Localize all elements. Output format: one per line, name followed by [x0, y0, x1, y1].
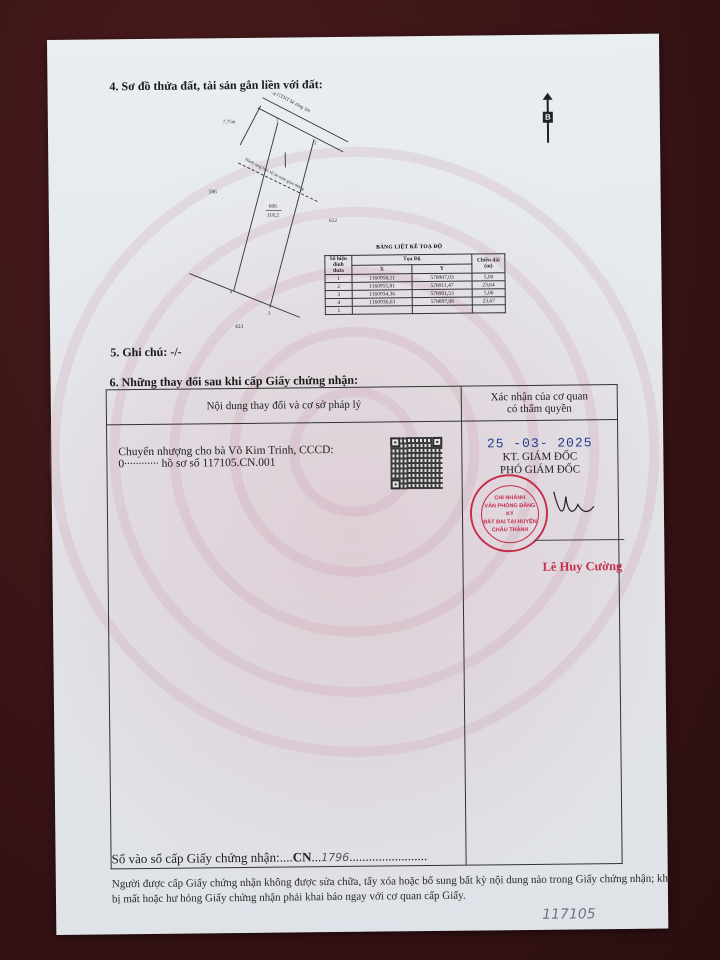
- handwritten-note: 117105: [542, 906, 596, 923]
- svg-text:118,2: 118,2: [267, 213, 279, 219]
- svg-text:7,75m: 7,75m: [223, 120, 236, 125]
- signature-mark: [552, 486, 612, 522]
- col-header-confirm: Xác nhận của cơ quan có thẩm quyền: [461, 385, 617, 422]
- col-header-content: Nội dung thay đổi và cơ sở pháp lý: [106, 386, 461, 425]
- certificate-page: 4. Sơ đồ thửa đất, tài sản gắn liền với …: [47, 34, 668, 935]
- coords-table-title: BẢNG LIỆT KÊ TOẠ ĐỘ: [349, 244, 469, 251]
- svg-text:Đường GTNT bê tông 3m: Đường GTNT bê tông 3m: [262, 92, 311, 115]
- svg-text:3: 3: [268, 312, 271, 317]
- north-arrow-icon: B: [543, 93, 554, 143]
- change-entry: Chuyển nhượng cho bà Võ Kim Trinh, CCCD:…: [108, 423, 460, 471]
- changes-table: Nội dung thay đổi và cơ sở pháp lý Xác n…: [106, 384, 623, 869]
- coords-table: Số hiệu đỉnh thửa Tọa Độ Chiều dài (m) X…: [324, 253, 506, 315]
- svg-text:586: 586: [209, 189, 218, 195]
- signer-name: Lê Huy Cường: [542, 559, 622, 575]
- svg-text:Hành lang bảo vệ an toàn giao: Hành lang bảo vệ an toàn giao thông: [244, 157, 306, 192]
- qr-code[interactable]: [390, 437, 443, 490]
- svg-text:1: 1: [276, 119, 279, 124]
- authority-confirmation: 25 -03- 2025 KT. GIÁM ĐỐC PHÓ GIÁM ĐỐC C…: [463, 421, 617, 478]
- notice-text: Người được cấp Giấy chứng nhận không đượ…: [112, 872, 672, 908]
- coords-row: 1: [325, 305, 505, 315]
- section-5-note: 5. Ghi chú: -/-: [110, 345, 181, 361]
- date-stamp: 25 -03- 2025: [463, 421, 616, 452]
- svg-text:612: 612: [329, 218, 338, 224]
- svg-text:606: 606: [269, 204, 278, 210]
- registry-number: Số vào sổ cấp Giấy chứng nhận:....CN...1…: [112, 848, 428, 867]
- svg-text:2: 2: [314, 141, 317, 146]
- svg-text:423: 423: [235, 324, 244, 330]
